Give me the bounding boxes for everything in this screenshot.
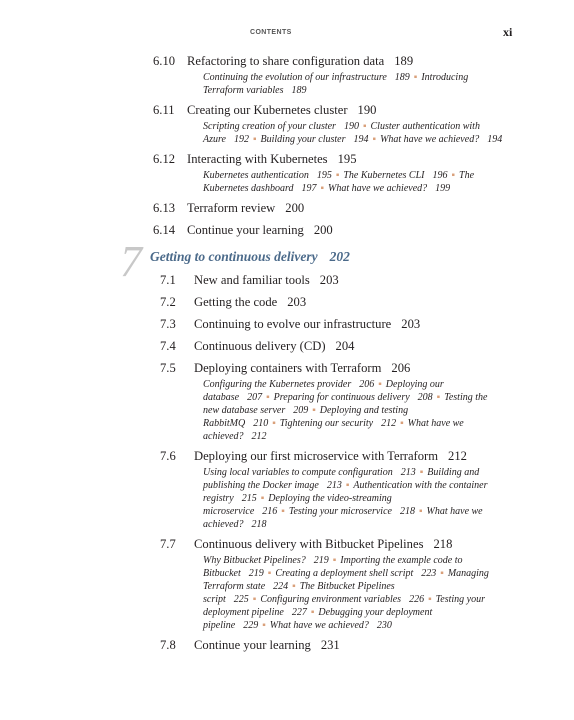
toc-section[interactable]: 7.2Getting the code203 (160, 294, 574, 311)
bullet-separator: ▪ (419, 506, 423, 517)
section-title: Continue your learning (187, 223, 304, 237)
bullet-separator: ▪ (253, 594, 257, 605)
subsection-entry[interactable]: Configuring the Kubernetes provider206 (203, 379, 374, 390)
section-number: 7.3 (160, 316, 194, 333)
subsection-page: 219 (314, 555, 329, 566)
subsection-page: 189 (291, 85, 306, 96)
toc-section[interactable]: 6.12Interacting with Kubernetes195 (153, 151, 574, 168)
bullet-separator: ▪ (346, 480, 350, 491)
toc-section[interactable]: 7.3Continuing to evolve our infrastructu… (160, 316, 574, 333)
bullet-separator: ▪ (320, 183, 324, 194)
subsection-title: Tightening our security (280, 418, 373, 429)
bullet-separator: ▪ (363, 121, 367, 132)
subsection-entry[interactable]: What have we achieved?199 (328, 183, 450, 194)
toc-section[interactable]: 6.13Terraform review200 (153, 200, 574, 217)
bullet-separator: ▪ (333, 555, 337, 566)
subsection-title: Configuring the Kubernetes provider (203, 379, 351, 390)
bullet-separator: ▪ (268, 568, 272, 579)
toc-section[interactable]: 7.5Deploying containers with Terraform20… (160, 360, 574, 377)
spacer (0, 654, 574, 659)
subsection-entry[interactable]: Creating a deployment shell script223 (275, 568, 436, 579)
subsection-entry[interactable]: The Kubernetes CLI196 (343, 170, 447, 181)
chapter-7-sections: 7.1New and familiar tools2037.2Getting t… (0, 272, 574, 659)
subsection-page: 209 (293, 405, 308, 416)
table-of-contents: 6.10Refactoring to share configuration d… (0, 53, 574, 659)
section-title: Continuous delivery with Bitbucket Pipel… (194, 537, 423, 551)
toc-section[interactable]: 7.4Continuous delivery (CD)204 (160, 338, 574, 355)
bullet-separator: ▪ (378, 379, 382, 390)
bullet-separator: ▪ (428, 594, 432, 605)
subsection-entry[interactable]: Using local variables to compute configu… (203, 467, 416, 478)
subsection-title: Scripting creation of your cluster (203, 121, 336, 132)
subsection-page: 213 (401, 467, 416, 478)
subsection-entry[interactable]: What have we achieved?194 (380, 134, 502, 145)
subsection-page: 190 (344, 121, 359, 132)
subsection-title: Using local variables to compute configu… (203, 467, 393, 478)
subsection-page: 192 (234, 134, 249, 145)
section-page: 231 (321, 638, 340, 652)
toc-section[interactable]: 7.6Deploying our first microservice with… (160, 448, 574, 465)
bullet-separator: ▪ (336, 170, 340, 181)
subsection-page: 189 (395, 72, 410, 83)
subsection-page: 197 (301, 183, 316, 194)
chapter-page: 202 (330, 249, 350, 264)
running-head: CONTENTS (250, 29, 292, 36)
subsection-page: 195 (317, 170, 332, 181)
subsection-title: Why Bitbucket Pipelines? (203, 555, 306, 566)
toc-section[interactable]: 7.1New and familiar tools203 (160, 272, 574, 289)
subsection-title: Creating a deployment shell script (275, 568, 413, 579)
subsection-list: Configuring the Kubernetes provider206▪D… (203, 378, 503, 443)
section-page: 189 (394, 54, 413, 68)
subsection-entry[interactable]: Continuing the evolution of our infrastr… (203, 72, 410, 83)
section-page: 195 (338, 152, 357, 166)
bullet-separator: ▪ (292, 581, 296, 592)
chapter-7-heading[interactable]: 7 Getting to continuous delivery202 (120, 246, 574, 272)
bullet-separator: ▪ (253, 134, 257, 145)
section-title: Terraform review (187, 201, 275, 215)
section-page: 200 (285, 201, 304, 215)
section-page: 200 (314, 223, 333, 237)
section-title: Getting the code (194, 295, 277, 309)
subsection-list: Using local variables to compute configu… (203, 466, 503, 531)
bullet-separator: ▪ (311, 607, 315, 618)
bullet-separator: ▪ (414, 72, 418, 83)
subsection-entry[interactable]: Preparing for continuous delivery208 (274, 392, 433, 403)
section-title: New and familiar tools (194, 273, 310, 287)
subsection-page: 218 (400, 506, 415, 517)
subsection-title: What have we achieved? (270, 620, 369, 631)
subsection-page: 230 (377, 620, 392, 631)
bullet-separator: ▪ (266, 392, 270, 403)
section-number: 7.6 (160, 448, 194, 465)
page-number: xi (503, 25, 512, 40)
subsection-page: 229 (243, 620, 258, 631)
subsection-title: What have we achieved? (380, 134, 479, 145)
subsection-title: The Kubernetes CLI (343, 170, 424, 181)
subsection-page: 227 (292, 607, 307, 618)
section-page: 203 (287, 295, 306, 309)
subsection-title: Continuing the evolution of our infrastr… (203, 72, 387, 83)
subsection-list: Why Bitbucket Pipelines?219▪Importing th… (203, 554, 503, 632)
subsection-list: Continuing the evolution of our infrastr… (203, 71, 503, 97)
section-title: Continue your learning (194, 638, 311, 652)
subsection-page: 224 (273, 581, 288, 592)
subsection-entry[interactable]: What have we achieved?230 (270, 620, 392, 631)
section-title: Interacting with Kubernetes (187, 152, 328, 166)
subsection-title: Kubernetes authentication (203, 170, 309, 181)
section-number: 6.13 (153, 200, 187, 217)
subsection-page: 199 (435, 183, 450, 194)
chapter-numeral: 7 (120, 240, 142, 284)
subsection-title: Configuring environment variables (260, 594, 401, 605)
subsection-entry[interactable]: Why Bitbucket Pipelines?219 (203, 555, 329, 566)
bullet-separator: ▪ (437, 392, 441, 403)
section-number: 6.12 (153, 151, 187, 168)
toc-section[interactable]: 7.7Continuous delivery with Bitbucket Pi… (160, 536, 574, 553)
section-title: Continuous delivery (CD) (194, 339, 326, 353)
chapter-6-sections: 6.10Refactoring to share configuration d… (0, 53, 574, 244)
section-number: 6.11 (153, 102, 187, 119)
subsection-page: 213 (327, 480, 342, 491)
subsection-page: 194 (487, 134, 502, 145)
section-title: Refactoring to share configuration data (187, 54, 384, 68)
section-page: 212 (448, 449, 467, 463)
section-number: 7.8 (160, 637, 194, 654)
subsection-page: 225 (234, 594, 249, 605)
section-page: 218 (433, 537, 452, 551)
subsection-entry[interactable]: Tightening our security212 (280, 418, 396, 429)
bullet-separator: ▪ (400, 418, 404, 429)
section-page: 206 (391, 361, 410, 375)
section-number: 7.2 (160, 294, 194, 311)
toc-section[interactable]: 6.11Creating our Kubernetes cluster190 (153, 102, 574, 119)
subsection-list: Kubernetes authentication195▪The Kuberne… (203, 169, 503, 195)
subsection-title: What have we achieved? (328, 183, 427, 194)
bullet-separator: ▪ (420, 467, 424, 478)
bullet-separator: ▪ (281, 506, 285, 517)
section-number: 6.14 (153, 222, 187, 239)
section-page: 190 (358, 103, 377, 117)
subsection-entry[interactable]: Kubernetes authentication195 (203, 170, 332, 181)
subsection-page: 212 (252, 431, 267, 442)
subsection-title: Building your cluster (261, 134, 346, 145)
subsection-page: 208 (418, 392, 433, 403)
bullet-separator: ▪ (451, 170, 455, 181)
section-number: 7.4 (160, 338, 194, 355)
section-title: Deploying our first microservice with Te… (194, 449, 438, 463)
subsection-entry[interactable]: Configuring environment variables226 (260, 594, 424, 605)
subsection-page: 207 (247, 392, 262, 403)
toc-section[interactable]: 6.10Refactoring to share configuration d… (153, 53, 574, 70)
section-title: Creating our Kubernetes cluster (187, 103, 348, 117)
subsection-page: 194 (354, 134, 369, 145)
section-number: 6.10 (153, 53, 187, 70)
section-number: 7.7 (160, 536, 194, 553)
chapter-title-text: Getting to continuous delivery (150, 249, 318, 264)
bullet-separator: ▪ (272, 418, 276, 429)
bullet-separator: ▪ (373, 134, 377, 145)
subsection-page: 218 (252, 519, 267, 530)
subsection-page: 196 (432, 170, 447, 181)
section-page: 204 (336, 339, 355, 353)
bullet-separator: ▪ (312, 405, 316, 416)
subsection-page: 226 (409, 594, 424, 605)
subsection-page: 219 (249, 568, 264, 579)
chapter-title[interactable]: Getting to continuous delivery202 (150, 249, 350, 265)
spacer (0, 239, 574, 244)
subsection-entry[interactable]: Testing your microservice218 (289, 506, 415, 517)
section-title: Continuing to evolve our infrastructure (194, 317, 391, 331)
subsection-title: Preparing for continuous delivery (274, 392, 410, 403)
subsection-page: 216 (262, 506, 277, 517)
bullet-separator: ▪ (261, 493, 265, 504)
subsection-page: 215 (242, 493, 257, 504)
subsection-list: Scripting creation of your cluster190▪Cl… (203, 120, 503, 146)
section-number: 7.1 (160, 272, 194, 289)
section-page: 203 (401, 317, 420, 331)
subsection-entry[interactable]: Building your cluster194 (261, 134, 369, 145)
subsection-entry[interactable]: Scripting creation of your cluster190 (203, 121, 359, 132)
section-title: Deploying containers with Terraform (194, 361, 381, 375)
subsection-page: 210 (253, 418, 268, 429)
section-number: 7.5 (160, 360, 194, 377)
subsection-page: 223 (421, 568, 436, 579)
section-page: 203 (320, 273, 339, 287)
bullet-separator: ▪ (440, 568, 444, 579)
toc-section[interactable]: 6.14Continue your learning200 (153, 222, 574, 239)
subsection-page: 212 (381, 418, 396, 429)
toc-section[interactable]: 7.8Continue your learning231 (160, 637, 574, 654)
bullet-separator: ▪ (262, 620, 266, 631)
subsection-title: Testing your microservice (289, 506, 392, 517)
subsection-page: 206 (359, 379, 374, 390)
